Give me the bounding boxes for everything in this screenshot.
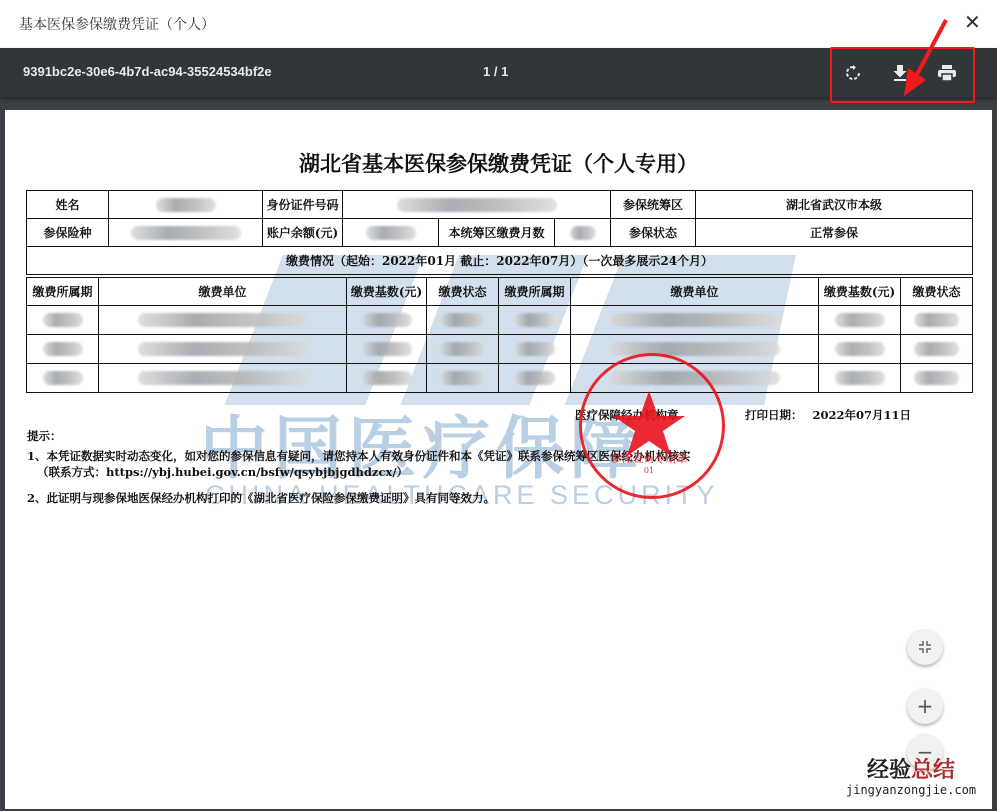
page-indicator: 1 / 1 bbox=[483, 64, 508, 79]
redacted-cell bbox=[27, 335, 99, 364]
redacted-cell bbox=[427, 364, 499, 393]
close-icon[interactable]: ✕ bbox=[964, 10, 981, 34]
status-value: 正常参保 bbox=[696, 219, 973, 247]
table-row bbox=[27, 364, 973, 393]
redacted-cell bbox=[99, 364, 347, 393]
name-label: 姓名 bbox=[27, 191, 109, 219]
certificate-title: 湖北省基本医保参保缴费凭证（个人专用） bbox=[5, 148, 992, 178]
redacted-cell bbox=[27, 306, 99, 335]
fit-page-button[interactable] bbox=[907, 629, 943, 665]
redacted-cell bbox=[427, 306, 499, 335]
balance-label: 账户余额(元) bbox=[263, 219, 343, 247]
site-watermark-url: jingyanzongjie.com bbox=[846, 783, 976, 797]
redacted-cell bbox=[571, 306, 819, 335]
site-watermark: 经验总结 jingyanzongjie.com bbox=[846, 759, 976, 797]
column-header: 缴费状态 bbox=[901, 278, 973, 306]
official-stamp: 参保查询专用章 01 bbox=[579, 353, 725, 499]
id-label: 身份证件号码 bbox=[263, 191, 343, 219]
payment-table-header: 缴费所属期缴费单位缴费基数(元)缴费状态缴费所属期缴费单位缴费基数(元)缴费状态 bbox=[27, 278, 973, 306]
dialog-title: 基本医保参保缴费凭证（个人） bbox=[19, 14, 215, 34]
redacted-cell bbox=[819, 306, 901, 335]
column-header: 缴费状态 bbox=[427, 278, 499, 306]
balance-value bbox=[343, 219, 439, 247]
redacted-cell bbox=[499, 306, 571, 335]
print-date: 2022年07月11日 bbox=[813, 408, 912, 422]
months-value bbox=[555, 219, 611, 247]
dialog-header: 基本医保参保缴费凭证（个人） ✕ bbox=[0, 0, 997, 48]
redacted-cell bbox=[347, 335, 427, 364]
redacted-cell bbox=[427, 335, 499, 364]
annotation-arrow-icon bbox=[900, 18, 950, 98]
region-label: 参保统筹区 bbox=[611, 191, 696, 219]
fit-icon bbox=[918, 640, 932, 654]
redacted-cell bbox=[499, 335, 571, 364]
redacted-cell bbox=[499, 364, 571, 393]
table-row bbox=[27, 306, 973, 335]
redacted-cell bbox=[347, 364, 427, 393]
id-value bbox=[343, 191, 611, 219]
print-date-label: 打印日期： bbox=[745, 408, 803, 422]
name-value bbox=[109, 191, 263, 219]
zoom-in-button[interactable]: + bbox=[907, 688, 943, 724]
redacted-cell bbox=[819, 364, 901, 393]
payment-summary: 缴费情况（起始：2022年01月 截止：2022年07月）（一次最多展示24个月… bbox=[27, 247, 973, 275]
zoom-in-icon: + bbox=[917, 694, 934, 718]
redacted-cell bbox=[901, 335, 973, 364]
insurance-type-label: 参保险种 bbox=[27, 219, 109, 247]
region-value: 湖北省武汉市本级 bbox=[696, 191, 973, 219]
column-header: 缴费单位 bbox=[571, 278, 819, 306]
redacted-cell bbox=[819, 335, 901, 364]
column-header: 缴费所属期 bbox=[499, 278, 571, 306]
certificate: 湖北省基本医保参保缴费凭证（个人专用） 姓名 身份证件号码 参保统筹区 湖北省武… bbox=[5, 110, 992, 809]
site-watermark-red: 总结 bbox=[911, 758, 955, 783]
redacted-cell bbox=[901, 364, 973, 393]
column-header: 缴费单位 bbox=[99, 278, 347, 306]
payment-table: 缴费所属期缴费单位缴费基数(元)缴费状态缴费所属期缴费单位缴费基数(元)缴费状态 bbox=[26, 277, 973, 393]
stamp-code: 01 bbox=[582, 466, 716, 475]
site-watermark-black: 经验 bbox=[867, 758, 911, 783]
redacted-cell bbox=[347, 306, 427, 335]
insurance-type-value bbox=[109, 219, 263, 247]
info-table: 姓名 身份证件号码 参保统筹区 湖北省武汉市本级 参保险种 账户余额(元) 本统… bbox=[26, 190, 973, 275]
column-header: 缴费所属期 bbox=[27, 278, 99, 306]
column-header: 缴费基数(元) bbox=[819, 278, 901, 306]
stamp-text: 参保查询专用章 bbox=[582, 450, 716, 466]
table-row bbox=[27, 335, 973, 364]
redacted-cell bbox=[99, 335, 347, 364]
redacted-cell bbox=[27, 364, 99, 393]
document-name: 9391bc2e-30e6-4b7d-ac94-35524534bf2e bbox=[23, 64, 272, 79]
redacted-cell bbox=[99, 306, 347, 335]
document-page: 中国医疗保障 CHINA HEALTHCARE SECURITY 湖北省基本医保… bbox=[5, 110, 992, 809]
months-label: 本统筹区缴费月数 bbox=[439, 219, 555, 247]
redacted-cell bbox=[901, 306, 973, 335]
column-header: 缴费基数(元) bbox=[347, 278, 427, 306]
status-label: 参保状态 bbox=[611, 219, 696, 247]
